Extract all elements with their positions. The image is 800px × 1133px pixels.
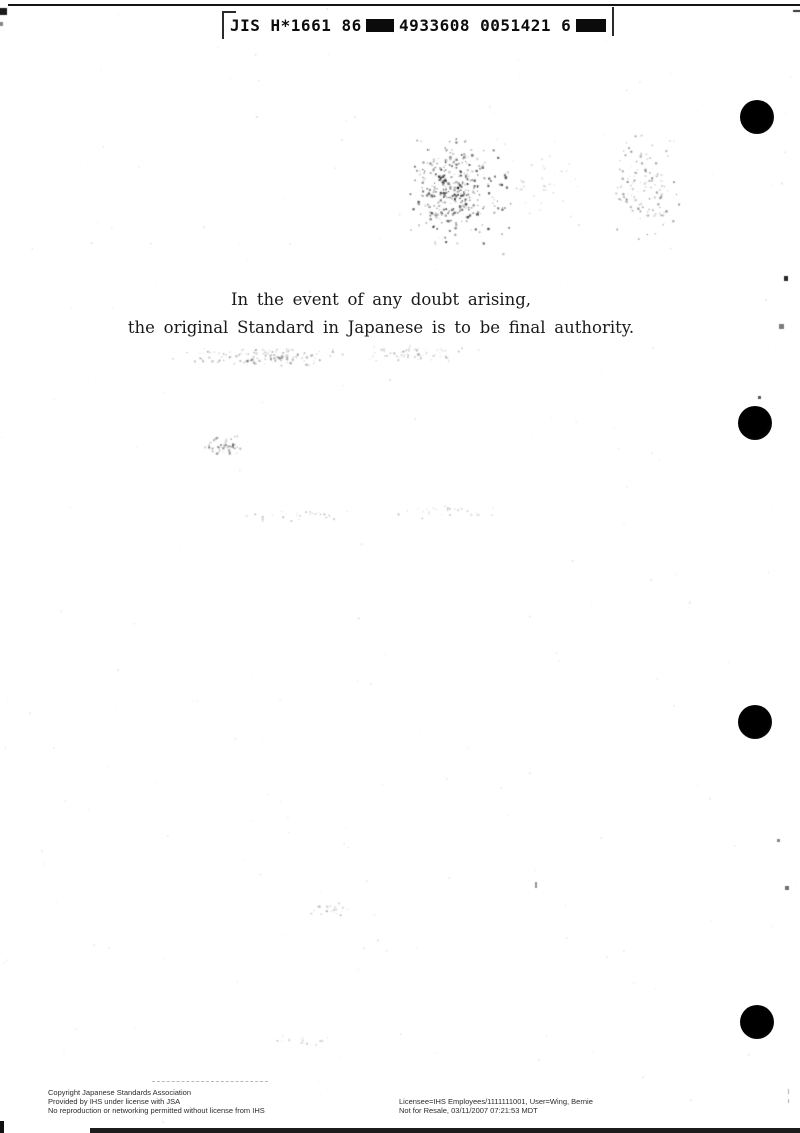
copyright-line: No reproduction or networking permitted …	[48, 1106, 265, 1115]
header-box-right-tick	[612, 7, 614, 36]
header-box-left-tick	[222, 11, 224, 39]
license-line: Not for Resale, 03/11/2007 07:21:53 MDT	[399, 1106, 593, 1115]
binder-hole-mark	[738, 406, 772, 440]
bottom-scan-rule	[90, 1128, 800, 1133]
barcode-block-icon	[366, 19, 394, 32]
header-code-row: JIS H*1661 86 4933608 0051421 6	[230, 11, 606, 39]
header-code-box: JIS H*1661 86 4933608 0051421 6	[222, 7, 614, 39]
top-scan-rule	[8, 4, 800, 6]
copyright-line: Provided by IHS under license with JSA	[48, 1097, 265, 1106]
footer-faint-dashed-line	[152, 1081, 268, 1082]
binder-hole-mark	[740, 1005, 774, 1039]
notice-line-2: the original Standard in Japanese is to …	[0, 314, 762, 342]
license-block: Licensee=IHS Employees/1111111001, User=…	[399, 1097, 593, 1115]
serial-number-text: 4933608 0051421 6	[399, 16, 571, 35]
left-edge-scan-mark	[0, 1121, 4, 1133]
copyright-block: Copyright Japanese Standards Association…	[48, 1088, 265, 1115]
binder-hole-mark	[738, 705, 772, 739]
doubt-notice: In the event of any doubt arising, the o…	[0, 286, 762, 342]
license-line: Licensee=IHS Employees/1111111001, User=…	[399, 1097, 593, 1106]
copyright-line: Copyright Japanese Standards Association	[48, 1088, 265, 1097]
binder-hole-mark	[740, 100, 774, 134]
standard-code-text: JIS H*1661 86	[230, 16, 362, 35]
barcode-block-icon	[576, 19, 606, 32]
scan-noise-layer	[0, 0, 800, 1133]
notice-line-1: In the event of any doubt arising,	[0, 286, 762, 314]
scanned-document-page: JIS H*1661 86 4933608 0051421 6 In the e…	[0, 0, 800, 1133]
